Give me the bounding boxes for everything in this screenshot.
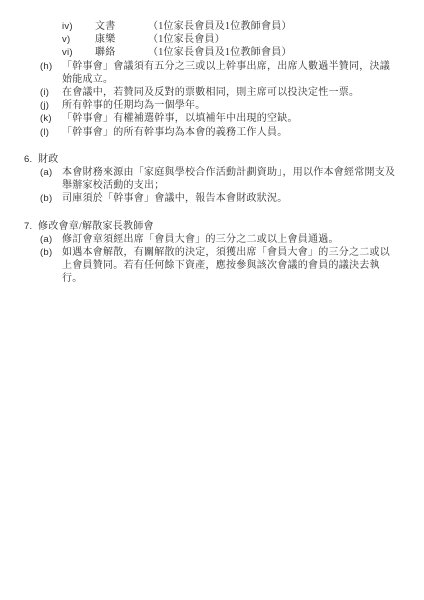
list-item-detail: （1位家長會員及1位教師會員） (148, 20, 404, 33)
clause-text: 本會財務來源由「家庭與學校合作活動計劃資助」，用以作本會經常開支及舉辦家校活動的… (62, 166, 400, 192)
list-item-label: 聯絡 (95, 46, 148, 59)
section-header: 7. 修改會章/解散家長教師會 (0, 220, 424, 233)
clause-list: (h) 「幹事會」會議須有五分之三或以上幹事出席，出席人數過半贊同，決議始能成立… (0, 60, 424, 139)
list-item-numeral: vi) (62, 46, 95, 59)
clause-letter: (k) (40, 112, 62, 125)
section-amendment: 7. 修改會章/解散家長教師會 (a) 修訂會章須經出席「會員大會」的三分之二或… (0, 220, 424, 286)
clause-item: (l) 「幹事會」的所有幹事均為本會的義務工作人員。 (0, 126, 424, 139)
clause-text: 在會議中，若贊同及反對的票數相同，則主席可以投決定性一票。 (62, 86, 400, 99)
list-item: iv) 文書 （1位家長會員及1位教師會員） (0, 20, 424, 33)
clause-letter: (h) (40, 60, 62, 86)
clause-text: 所有幹事的任期均為一個學年。 (62, 99, 400, 112)
clause-letter: (i) (40, 86, 62, 99)
section-number: 6. (24, 153, 38, 166)
clause-text: 「幹事會」有權補選幹事，以填補年中出現的空缺。 (62, 112, 400, 125)
clause-item: (a) 修訂會章須經出席「會員大會」的三分之二或以上會員通過。 (0, 233, 424, 246)
section-header: 6. 財政 (0, 153, 424, 166)
list-item-detail: （1位家長會員） (148, 33, 404, 46)
clause-letter: (a) (40, 233, 62, 246)
clause-text: 「幹事會」會議須有五分之三或以上幹事出席，出席人數過半贊同，決議始能成立。 (62, 60, 400, 86)
clause-letter: (b) (40, 246, 62, 286)
clause-item: (a) 本會財務來源由「家庭與學校合作活動計劃資助」，用以作本會經常開支及舉辦家… (0, 166, 424, 192)
clause-text: 司庫須於「幹事會」會議中，報告本會財政狀況。 (62, 192, 400, 205)
officer-list: iv) 文書 （1位家長會員及1位教師會員） v) 康樂 （1位家長會員） vi… (0, 20, 424, 60)
clause-text: 如遇本會解散，有關解散的決定，須獲出席「會員大會」的三分之二或以上會員贊同。若有… (62, 246, 400, 286)
clause-item: (k) 「幹事會」有權補選幹事，以填補年中出現的空缺。 (0, 112, 424, 125)
clause-item: (j) 所有幹事的任期均為一個學年。 (0, 99, 424, 112)
clause-text: 「幹事會」的所有幹事均為本會的義務工作人員。 (62, 126, 400, 139)
clause-letter: (l) (40, 126, 62, 139)
list-item-numeral: iv) (62, 20, 95, 33)
list-item-detail: （1位家長會員及1位教師會員） (148, 46, 404, 59)
list-item-label: 文書 (95, 20, 148, 33)
list-item: vi) 聯絡 （1位家長會員及1位教師會員） (0, 46, 424, 59)
clause-letter: (b) (40, 192, 62, 205)
section-title: 修改會章/解散家長教師會 (38, 220, 400, 233)
document-page: iv) 文書 （1位家長會員及1位教師會員） v) 康樂 （1位家長會員） vi… (0, 0, 424, 600)
clause-item: (i) 在會議中，若贊同及反對的票數相同，則主席可以投決定性一票。 (0, 86, 424, 99)
clause-text: 修訂會章須經出席「會員大會」的三分之二或以上會員通過。 (62, 233, 400, 246)
section-title: 財政 (38, 153, 400, 166)
section-finance: 6. 財政 (a) 本會財務來源由「家庭與學校合作活動計劃資助」，用以作本會經常… (0, 153, 424, 206)
list-item: v) 康樂 （1位家長會員） (0, 33, 424, 46)
list-item-numeral: v) (62, 33, 95, 46)
clause-item: (b) 如遇本會解散，有關解散的決定，須獲出席「會員大會」的三分之二或以上會員贊… (0, 246, 424, 286)
clause-letter: (a) (40, 166, 62, 192)
clause-letter: (j) (40, 99, 62, 112)
section-number: 7. (24, 220, 38, 233)
clause-item: (b) 司庫須於「幹事會」會議中，報告本會財政狀況。 (0, 192, 424, 205)
clause-item: (h) 「幹事會」會議須有五分之三或以上幹事出席，出席人數過半贊同，決議始能成立… (0, 60, 424, 86)
list-item-label: 康樂 (95, 33, 148, 46)
